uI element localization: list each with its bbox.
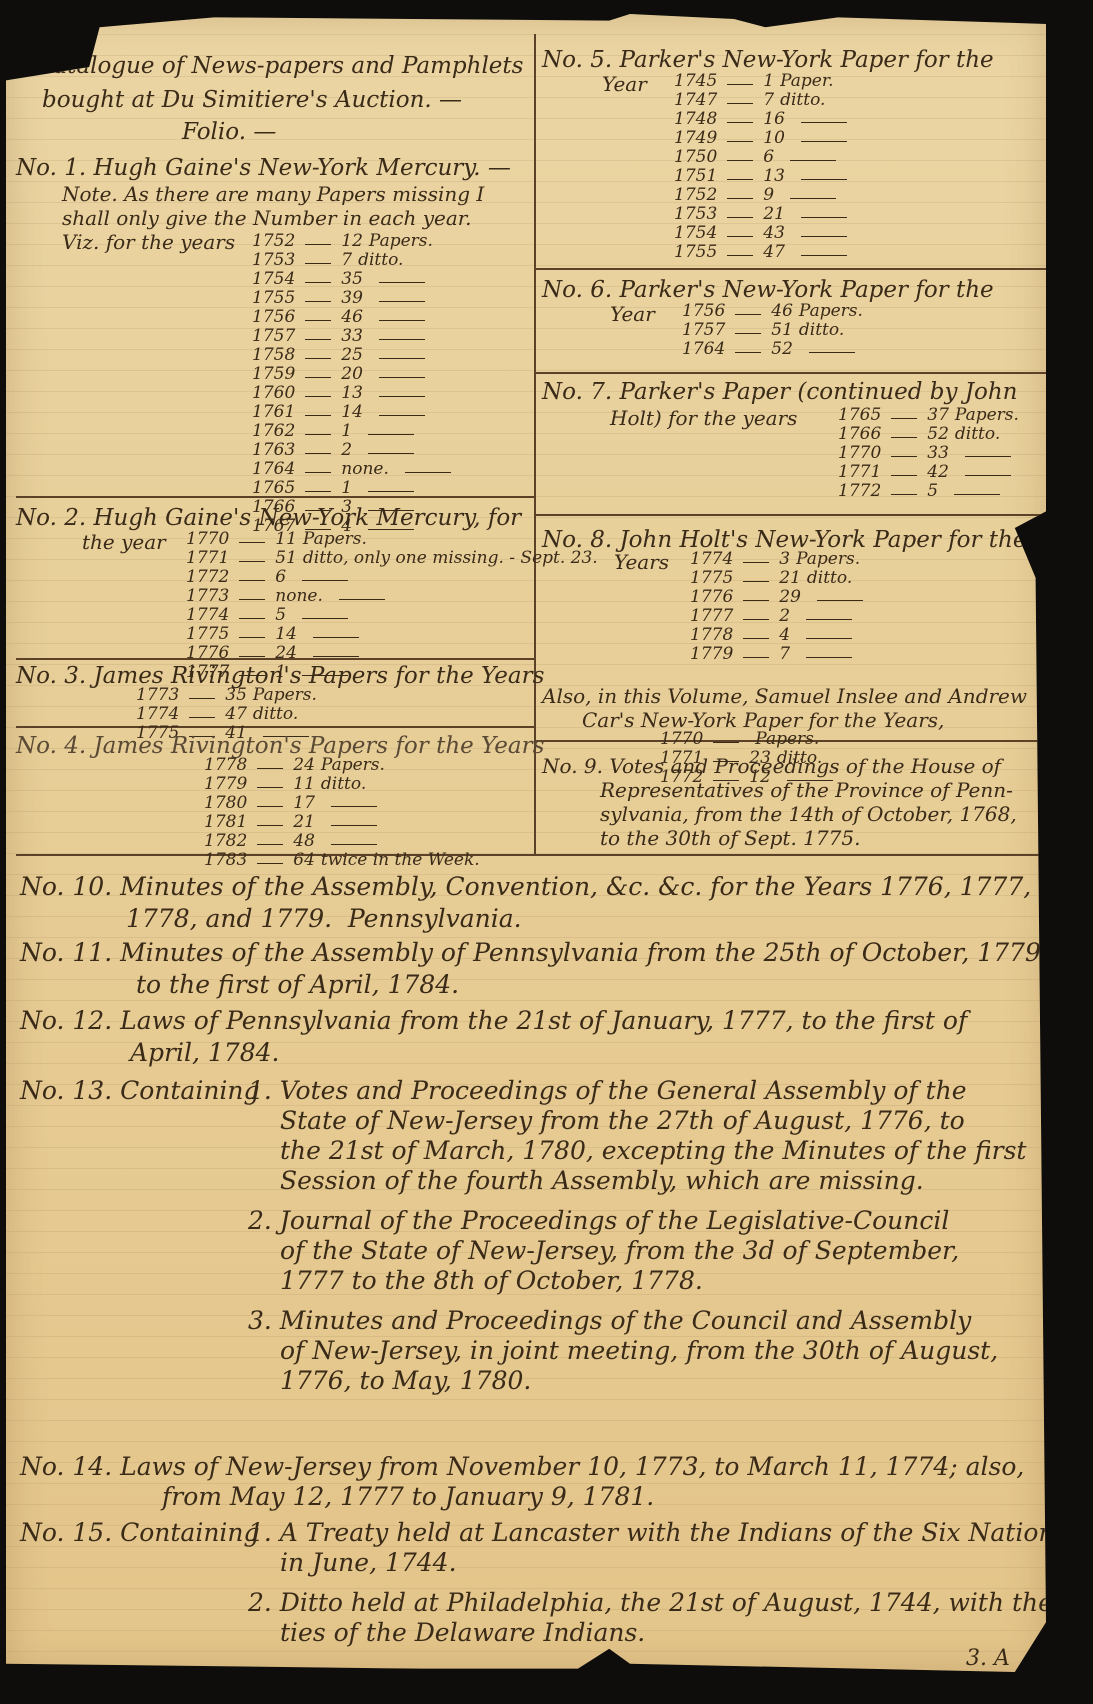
sub-item-line: Session of the fourth Assembly, which ar… (280, 1168, 924, 1194)
catalogue-title-line1: A Catalogue of News-papers and Pamphlets (12, 54, 523, 78)
entry-text: Minutes of the Assembly of Pennsylvania … (120, 938, 1049, 967)
year-count-row: 17537ditto. (252, 251, 451, 270)
count-note: ditto. (955, 424, 1000, 444)
year-count-row: 178364twice in the Week. (204, 851, 480, 870)
dash-rule (239, 580, 265, 581)
dash-rule (727, 179, 753, 180)
year: 1765 (252, 478, 295, 498)
dash-rule (743, 638, 769, 639)
sub-item-line: of New-Jersey, in joint meeting, from th… (280, 1338, 998, 1364)
year-count-row: 1773none. (186, 587, 598, 606)
dash-rule (379, 282, 425, 283)
year-count-row: 17506 (674, 148, 847, 167)
entry-8-also-line1: Also, in this Volume, Samuel Inslee and … (542, 686, 1027, 707)
year-count-row: 17632 (252, 441, 451, 460)
paper-count: 11 (293, 774, 315, 794)
sub-item-line: 3. Minutes and Proceedings of the Counci… (248, 1308, 971, 1334)
dash-rule (817, 600, 863, 601)
paper-count: 47 (225, 704, 247, 724)
dash-rule (727, 122, 753, 123)
paper-count: 13 (763, 166, 785, 186)
catalogue-title-line3: Folio. — (182, 120, 276, 144)
paper-count: 14 (275, 624, 297, 644)
year: 1771 (838, 462, 881, 482)
year: 1777 (690, 606, 733, 626)
year-count-row: 175435 (252, 270, 451, 289)
column-divider (534, 34, 536, 854)
section-divider-full (16, 854, 1046, 856)
dash-rule (305, 472, 331, 473)
entry-5-year-list: 17451Paper.17477ditto.174816174910175061… (674, 72, 847, 262)
paper-count: 7 (779, 644, 790, 664)
entry-lead: Containing (120, 1518, 259, 1547)
sub-item-line: of the State of New-Jersey, from the 3d … (280, 1238, 959, 1264)
count-note: Papers. (755, 729, 819, 749)
paper-count: 10 (763, 128, 785, 148)
entry-1-note-3: Viz. for the years (62, 232, 235, 253)
year: 1770 (660, 729, 703, 749)
year: 1760 (252, 383, 295, 403)
year-count-row: 177514 (186, 625, 598, 644)
dash-rule (305, 339, 331, 340)
dash-rule (735, 314, 761, 315)
paper-count: 13 (341, 383, 363, 403)
year-count-row: 176452 (682, 340, 863, 359)
count-note: Papers. (955, 405, 1019, 425)
paper-count: 47 (763, 242, 785, 262)
year-count-row: 175646Papers. (682, 302, 863, 321)
sub-item-line: 2. Ditto held at Philadelphia, the 21st … (248, 1590, 1093, 1616)
year: 1765 (838, 405, 881, 425)
count-note: ditto. (807, 568, 852, 588)
year: 1770 (186, 529, 229, 549)
year-count-row: 1770Papers. (660, 730, 833, 749)
entry-text: Votes and Proceedings of the House of (609, 754, 1001, 778)
year: 1772 (186, 567, 229, 587)
year: 1780 (204, 793, 247, 813)
paper-count: 20 (341, 364, 363, 384)
entry-title: Hugh Gaine's New-York Mercury. — (93, 155, 510, 181)
dash-rule (305, 396, 331, 397)
dash-rule (379, 415, 425, 416)
entry-number: No. 1. (16, 155, 86, 181)
sub-item-line: 1777 to the 8th of October, 1778. (280, 1268, 703, 1294)
paper-count: 24 (275, 643, 297, 663)
paper-count: 51 (275, 548, 297, 568)
count-note: twice in the Week. (321, 850, 480, 870)
dash-rule (891, 418, 917, 419)
year-count-row: 176114 (252, 403, 451, 422)
entry-number: No. 5. (542, 47, 612, 73)
section-divider-right-7-8 (534, 514, 1046, 516)
year: 1783 (204, 850, 247, 870)
year-count-row: 17651 (252, 479, 451, 498)
entry-8-also-line2: Car's New-York Paper for the Years, (582, 710, 944, 731)
year-count-row: 174816 (674, 110, 847, 129)
year-count-row: 17743Papers. (690, 550, 863, 569)
year: 1778 (204, 755, 247, 775)
dash-rule (257, 825, 283, 826)
year: 1771 (186, 548, 229, 568)
dash-rule (379, 377, 425, 378)
paper-count: 35 (341, 269, 363, 289)
year-count-row: 177447ditto. (136, 705, 317, 724)
entry-7-heading: No. 7. Parker's Paper (continued by John (542, 380, 1017, 404)
dash-rule (713, 742, 739, 743)
year-count-row: 1764none. (252, 460, 451, 479)
dash-rule (305, 415, 331, 416)
paper-count: 39 (341, 288, 363, 308)
year: 1776 (186, 643, 229, 663)
dash-rule (379, 320, 425, 321)
year-count-row: 174910 (674, 129, 847, 148)
entry-9-line4: to the 30th of Sept. 1775. (600, 828, 860, 849)
entry-12-line2: April, 1784. (130, 1040, 279, 1066)
entry-2-year-list: 177011Papers.177151ditto, only one missi… (186, 530, 598, 682)
year-count-row: 17772 (690, 607, 863, 626)
paper-count: 4 (779, 625, 790, 645)
dash-rule (239, 656, 265, 657)
entry-number: No. 4. (16, 733, 86, 759)
dash-rule (891, 494, 917, 495)
year: 1775 (690, 568, 733, 588)
dash-rule (954, 494, 1000, 495)
year: 1759 (252, 364, 295, 384)
paper-count: 46 (341, 307, 363, 327)
paper-count: 6 (275, 567, 286, 587)
paper-count: 21 (779, 568, 801, 588)
count-note: Papers. (253, 685, 317, 705)
paper-count: 52 (771, 339, 793, 359)
year-count-row: 177142 (838, 463, 1019, 482)
dash-rule (891, 475, 917, 476)
entry-14-line2: from May 12, 1777 to January 9, 1781. (162, 1484, 654, 1510)
entry-10-line2: 1778, and 1779. Pennsylvania. (126, 906, 522, 932)
paper-count: 64 (293, 850, 315, 870)
dash-rule (257, 806, 283, 807)
year-count-row: 17477ditto. (674, 91, 847, 110)
sub-item-line: State of New-Jersey from the 27th of Aug… (280, 1108, 965, 1134)
dash-rule (891, 456, 917, 457)
dash-rule (809, 352, 855, 353)
paper-count: 11 (275, 529, 297, 549)
dash-rule (302, 580, 348, 581)
paper-count: 35 (225, 685, 247, 705)
paper-count: none. (341, 459, 389, 479)
count-note: Paper. (780, 71, 833, 91)
count-note: Papers. (799, 301, 863, 321)
dash-rule (379, 301, 425, 302)
paper-count: 3 (779, 549, 790, 569)
year-count-row: 175113 (674, 167, 847, 186)
paper-count: 25 (341, 345, 363, 365)
dash-rule (379, 358, 425, 359)
dash-rule (379, 396, 425, 397)
dash-rule (257, 768, 283, 769)
year: 1775 (186, 624, 229, 644)
dash-rule (331, 844, 377, 845)
dash-rule (735, 333, 761, 334)
paper-count: 2 (341, 440, 352, 460)
year: 1774 (186, 605, 229, 625)
entry-number: No. 13. (20, 1076, 112, 1105)
year-count-row: 177629 (690, 588, 863, 607)
count-note: Papers. (796, 549, 860, 569)
count-note: ditto. (253, 704, 298, 724)
dash-rule (727, 198, 753, 199)
paper-count: none. (275, 586, 323, 606)
year: 1755 (252, 288, 295, 308)
year-count-row: 175321 (674, 205, 847, 224)
paper-count: 12 (341, 231, 363, 251)
sub-item-line: 1. Votes and Proceedings of the General … (248, 1078, 967, 1104)
entry-13-lead: No. 13. Containing (20, 1078, 260, 1104)
year-count-row: 177335Papers. (136, 686, 317, 705)
year: 1756 (252, 307, 295, 327)
year: 1751 (674, 166, 717, 186)
entry-11-line2: to the first of April, 1784. (136, 972, 459, 998)
dash-rule (379, 339, 425, 340)
year-count-row: 175539 (252, 289, 451, 308)
dash-rule (313, 637, 359, 638)
year: 1781 (204, 812, 247, 832)
year: 1776 (690, 587, 733, 607)
entry-title: Parker's New-York Paper for the (619, 47, 993, 73)
count-note: ditto. (780, 90, 825, 110)
entry-number: No. 6. (542, 277, 612, 303)
dash-rule (368, 434, 414, 435)
dash-rule (239, 599, 265, 600)
dash-rule (801, 236, 847, 237)
paper-count: 33 (927, 443, 949, 463)
year-count-row: 17745 (186, 606, 598, 625)
year: 1750 (674, 147, 717, 167)
section-divider-right-6-7 (534, 372, 1046, 374)
entry-15-lead: No. 15. Containing (20, 1520, 260, 1546)
entry-number: No. 9. (542, 754, 603, 778)
dash-rule (302, 618, 348, 619)
entry-6-heading: No. 6. Parker's New-York Paper for the (542, 278, 994, 302)
sub-item-line: 1. A Treaty held at Lancaster with the I… (248, 1520, 1067, 1546)
year-count-row: 177911ditto. (204, 775, 480, 794)
year: 1764 (682, 339, 725, 359)
year-count-row: 178017 (204, 794, 480, 813)
dash-rule (727, 103, 753, 104)
dash-rule (806, 619, 852, 620)
year: 1749 (674, 128, 717, 148)
year: 1748 (674, 109, 717, 129)
dash-rule (239, 637, 265, 638)
paper-count: 37 (927, 405, 949, 425)
entry-title: Parker's Paper (continued by John (619, 379, 1017, 405)
entry-5-heading: No. 5. Parker's New-York Paper for the (542, 48, 994, 72)
year-count-row: 17784 (690, 626, 863, 645)
entry-6-lead: Year (610, 304, 655, 325)
paper-count: 42 (927, 462, 949, 482)
entry-9-line2: Representatives of the Province of Penn- (600, 780, 1013, 801)
year: 1758 (252, 345, 295, 365)
year: 1752 (252, 231, 295, 251)
paper-count: 7 (763, 90, 774, 110)
dash-rule (189, 698, 215, 699)
year: 1753 (674, 204, 717, 224)
entry-number: No. 7. (542, 379, 612, 405)
dash-rule (790, 160, 836, 161)
entry-number: No. 2. (16, 505, 86, 531)
year: 1773 (186, 586, 229, 606)
year-count-row: 175733 (252, 327, 451, 346)
entry-number: No. 10. (20, 872, 112, 901)
paper-count: 5 (275, 605, 286, 625)
year: 1752 (674, 185, 717, 205)
dash-rule (331, 806, 377, 807)
entry-4-year-list: 177824Papers.177911ditto.178017178121178… (204, 756, 480, 870)
paper-count: 17 (293, 793, 315, 813)
paper-count: 24 (293, 755, 315, 775)
dash-rule (727, 236, 753, 237)
year-count-row: 17726 (186, 568, 598, 587)
year-count-row: 176013 (252, 384, 451, 403)
dash-rule (727, 84, 753, 85)
year: 1756 (682, 301, 725, 321)
year-count-row: 17451Paper. (674, 72, 847, 91)
dash-rule (257, 787, 283, 788)
entry-8-year-list: 17743Papers.177521ditto.1776291777217784… (690, 550, 863, 664)
year: 1745 (674, 71, 717, 91)
paper-count: 1 (341, 478, 352, 498)
dash-rule (305, 377, 331, 378)
entry-number: No. 15. (20, 1518, 112, 1547)
dash-rule (239, 542, 265, 543)
paper-count: 29 (779, 587, 801, 607)
sub-item-line: the 21st of March, 1780, excepting the M… (280, 1138, 1026, 1164)
entry-7-lead: Holt) for the years (610, 408, 797, 429)
dash-rule (257, 844, 283, 845)
entry-12-line1: No. 12. Laws of Pennsylvania from the 21… (20, 1008, 967, 1034)
year-count-row: 177151ditto, only one missing. - Sept. 2… (186, 549, 598, 568)
count-note: ditto. (321, 774, 366, 794)
ruled-lines (6, 14, 1046, 1672)
entry-10-line1: No. 10. Minutes of the Assembly, Convent… (20, 874, 1031, 900)
dash-rule (727, 141, 753, 142)
year: 1761 (252, 402, 295, 422)
year: 1772 (838, 481, 881, 501)
sub-item-line: in June, 1744. (280, 1550, 457, 1576)
year-count-row: 175547 (674, 243, 847, 262)
dash-rule (368, 453, 414, 454)
dash-rule (305, 301, 331, 302)
year-count-row: 17529 (674, 186, 847, 205)
year: 1755 (674, 242, 717, 262)
sub-item-line: 2. Journal of the Proceedings of the Leg… (248, 1208, 949, 1234)
count-note: ditto. (358, 250, 403, 270)
dash-rule (743, 619, 769, 620)
dash-rule (257, 863, 283, 864)
dash-rule (239, 618, 265, 619)
year-count-row: 177624 (186, 644, 598, 663)
dash-rule (313, 656, 359, 657)
count-note: Papers. (303, 529, 367, 549)
dash-rule (801, 141, 847, 142)
dash-rule (743, 581, 769, 582)
year-count-row: 177521ditto. (690, 569, 863, 588)
entry-1-year-list: 175212Papers.17537ditto.1754351755391756… (252, 232, 451, 536)
dash-rule (305, 453, 331, 454)
dash-rule (331, 825, 377, 826)
dash-rule (339, 599, 385, 600)
section-divider-right-5-6 (534, 268, 1046, 270)
entry-number: No. 11. (20, 938, 112, 967)
year: 1782 (204, 831, 247, 851)
dash-rule (727, 217, 753, 218)
dash-rule (806, 657, 852, 658)
year: 1774 (136, 704, 179, 724)
dash-rule (891, 437, 917, 438)
dash-rule (305, 434, 331, 435)
page-mark: 3. A (966, 1646, 1010, 1671)
paper-count: 5 (927, 481, 938, 501)
paper-count: 6 (763, 147, 774, 167)
paper-count: 43 (763, 223, 785, 243)
dash-rule (743, 657, 769, 658)
year-count-row: 177824Papers. (204, 756, 480, 775)
entry-2-heading: No. 2. Hugh Gaine's New-York Mercury, fo… (16, 506, 521, 530)
dash-rule (305, 244, 331, 245)
entry-6-year-list: 175646Papers.175751ditto.176452 (682, 302, 863, 359)
manuscript-page: A Catalogue of News-papers and Pamphlets… (6, 14, 1046, 1672)
year: 1757 (682, 320, 725, 340)
year: 1747 (674, 90, 717, 110)
year-count-row: 178121 (204, 813, 480, 832)
year-count-row: 176537Papers. (838, 406, 1019, 425)
dash-rule (239, 561, 265, 562)
paper-count: 51 (771, 320, 793, 340)
dash-rule (727, 255, 753, 256)
entry-1-note-2: shall only give the Number in each year. (62, 208, 472, 229)
paper-count: 1 (341, 421, 352, 441)
entry-11-line1: No. 11. Minutes of the Assembly of Penns… (20, 940, 1049, 966)
dash-rule (790, 198, 836, 199)
dash-rule (735, 352, 761, 353)
year: 1764 (252, 459, 295, 479)
year: 1774 (690, 549, 733, 569)
entry-lead: Containing (120, 1076, 259, 1105)
dash-rule (368, 491, 414, 492)
dash-rule (305, 263, 331, 264)
year-count-row: 177011Papers. (186, 530, 598, 549)
entry-number: No. 8. (542, 527, 612, 553)
dash-rule (305, 282, 331, 283)
year-count-row: 17725 (838, 482, 1019, 501)
entry-5-lead: Year (602, 74, 647, 95)
entry-2-lead: the year (82, 532, 166, 553)
dash-rule (189, 717, 215, 718)
catalogue-title-line2: bought at Du Simitiere's Auction. — (42, 88, 462, 112)
dash-rule (965, 456, 1011, 457)
paper-count: 14 (341, 402, 363, 422)
paper-count: 2 (779, 606, 790, 626)
dash-rule (405, 472, 451, 473)
year: 1766 (838, 424, 881, 444)
dash-rule (801, 255, 847, 256)
entry-7-year-list: 176537Papers.176652ditto.177033177142177… (838, 406, 1019, 501)
year: 1778 (690, 625, 733, 645)
entry-9-line3: sylvania, from the 14th of October, 1768… (600, 804, 1017, 825)
paper-count: 21 (763, 204, 785, 224)
year-count-row: 175646 (252, 308, 451, 327)
year: 1773 (136, 685, 179, 705)
year: 1779 (204, 774, 247, 794)
